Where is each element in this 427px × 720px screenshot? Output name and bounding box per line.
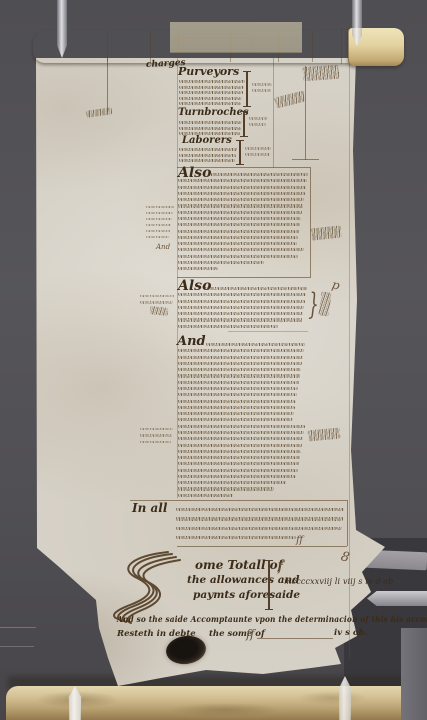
turnbroches-amount	[249, 117, 267, 129]
and-marginal-note	[140, 428, 173, 447]
also1-body	[178, 173, 308, 274]
turnbroches-heading: Turnbroches	[178, 108, 249, 118]
ff-flourish: ff	[296, 536, 303, 546]
inall-body	[176, 508, 344, 545]
marginal-annotation-mark	[150, 306, 169, 316]
roll-crease	[107, 31, 108, 62]
also2-body	[178, 287, 307, 331]
roll-crease	[312, 31, 313, 62]
marginal-annotation-mark	[308, 428, 341, 442]
marginal-annotation-mark	[303, 65, 340, 81]
purveyors-amount	[252, 83, 272, 95]
also2-brace: }	[308, 290, 319, 320]
blank-amount-rule	[257, 638, 333, 639]
closing-line1: And so the saide Accomptaunte vpon the d…	[117, 615, 427, 623]
background-grey-post	[401, 628, 427, 720]
laborers-body	[179, 148, 237, 165]
sum-total-bracket	[268, 561, 270, 609]
also1-frame-right	[310, 167, 311, 277]
purveyors-heading: Purveyors	[178, 66, 239, 77]
inall-heading: In all	[132, 502, 167, 514]
turnbroches-bracket	[243, 112, 245, 136]
laborers-heading: Laborers	[182, 136, 232, 146]
marginal-and-label: And	[156, 244, 170, 251]
sheet-right-fold	[349, 34, 350, 658]
closing-amount: iv s ob.	[334, 629, 367, 638]
p-flourish: p	[331, 278, 341, 291]
overroll-inner-layer	[170, 22, 302, 53]
roll-crease	[341, 29, 342, 64]
inall-frame-right	[347, 500, 348, 546]
purveyors-body	[179, 80, 245, 108]
column-rule	[273, 58, 274, 168]
sum-total-line2: the allowances and	[187, 575, 300, 586]
laborers-amount	[245, 147, 271, 159]
and-body	[178, 343, 305, 500]
f-flourish: f	[278, 561, 283, 574]
inall-frame-bottom	[177, 546, 347, 547]
laborers-bracket	[239, 141, 241, 164]
sum-total-amount: mccccxxviij li viij s iv d ob	[284, 578, 393, 587]
ink-layer: charges Purveyors Turnbroches Laborers A…	[0, 0, 427, 720]
purveyors-bracket	[246, 72, 248, 106]
ff-flourish: ff	[246, 628, 255, 640]
and-frame-top	[228, 331, 308, 332]
marginal-annotation-mark	[274, 91, 306, 109]
rule-foot	[292, 159, 319, 160]
marginal-annotation-mark	[318, 291, 331, 316]
manuscript-photo: charges Purveyors Turnbroches Laborers A…	[0, 0, 427, 720]
sum-total-line3: paymts aforesaide	[193, 590, 300, 601]
roll-crease	[150, 31, 151, 62]
rule-end-flourish	[86, 107, 113, 118]
also1-marginal-note	[146, 206, 174, 242]
marginal-annotation-mark	[310, 225, 341, 240]
sum-total-initial-s	[106, 548, 190, 624]
